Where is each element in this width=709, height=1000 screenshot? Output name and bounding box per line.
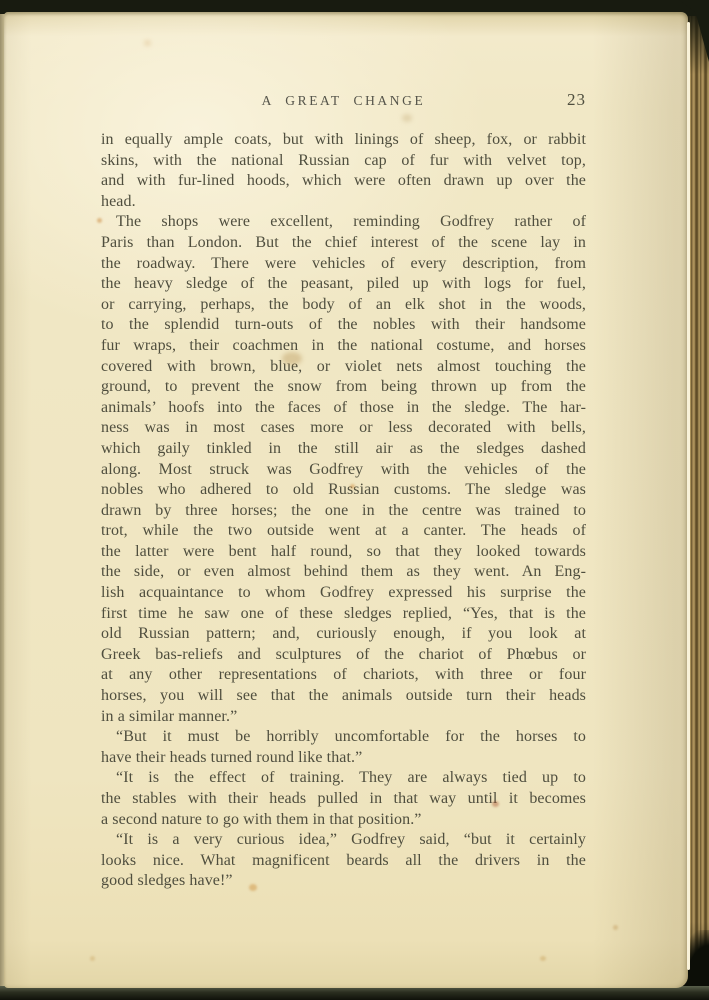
text-line: head. [101,192,586,213]
text-line: along. Most struck was Godfrey with the … [101,460,586,481]
text-line: in equally ample coats, but with linings… [101,130,586,151]
foxing-spot [613,925,618,930]
text-line: first time he saw one of these sledges r… [101,604,586,625]
text-line: in a similar manner.” [101,707,586,728]
text-line: old Russian pattern; and, curiously enou… [101,624,586,645]
text-block: in equally ample coats, but with linings… [101,130,586,892]
text-line: drawn by three horses; the one in the ce… [101,501,586,522]
text-line: the side, or even almost behind them as … [101,562,586,583]
text-line: the roadway. There were vehicles of ever… [101,254,586,275]
text-line: “It is a very curious idea,” Godfrey sai… [101,830,586,851]
text-line: The shops were excellent, reminding Godf… [101,212,586,233]
text-line: looks nice. What magnificent beards all … [101,851,586,872]
text-line: covered with brown, blue, or violet nets… [101,357,586,378]
text-line: good sledges have!” [101,871,586,892]
text-line: the stables with their heads pulled in t… [101,789,586,810]
text-line: at any other representations of chariots… [101,665,586,686]
text-line: ness was in most cases more or less deco… [101,418,586,439]
text-line: the latter were bent half round, so that… [101,542,586,563]
page-edge-highlight [687,22,690,970]
text-line: “But it must be horribly uncomfortable f… [101,727,586,748]
text-line: fur wraps, their coachmen in the nationa… [101,336,586,357]
text-line: which gaily tinkled in the still air as … [101,439,586,460]
book-page: A GREAT CHANGE 23 in equally ample coats… [4,12,688,988]
page-number: 23 [567,90,586,110]
foxing-spot [90,956,95,961]
chapter-running-title: A GREAT CHANGE [101,93,586,109]
background-bottom-strip [0,986,709,1000]
text-line: animals’ hoofs into the faces of those i… [101,398,586,419]
foxing-spot [402,114,412,122]
text-line: trot, while the two outside went at a ca… [101,521,586,542]
running-head: A GREAT CHANGE 23 [101,93,586,113]
text-line: “It is the effect of training. They are … [101,768,586,789]
book-scan: A GREAT CHANGE 23 in equally ample coats… [0,0,709,1000]
text-line: Paris than London. But the chief interes… [101,233,586,254]
text-line: have their heads turned round like that.… [101,748,586,769]
text-line: ground, to prevent the snow from being t… [101,377,586,398]
text-line: lish acquaintance to whom Godfrey expres… [101,583,586,604]
text-line: to the splendid turn-outs of the nobles … [101,315,586,336]
text-line: the heavy sledge of the peasant, piled u… [101,274,586,295]
text-line: horses, you will see that the animals ou… [101,686,586,707]
text-line: nobles who adhered to old Russian custom… [101,480,586,501]
text-line: a second nature to go with them in that … [101,810,586,831]
text-line: skins, with the national Russian cap of … [101,151,586,172]
foxing-spot [144,40,151,46]
text-line: and with fur-lined hoods, which were oft… [101,171,586,192]
foxing-spot [540,956,546,961]
text-line: Greek bas-reliefs and sculptures of the … [101,645,586,666]
text-line: or carrying, perhaps, the body of an elk… [101,295,586,316]
